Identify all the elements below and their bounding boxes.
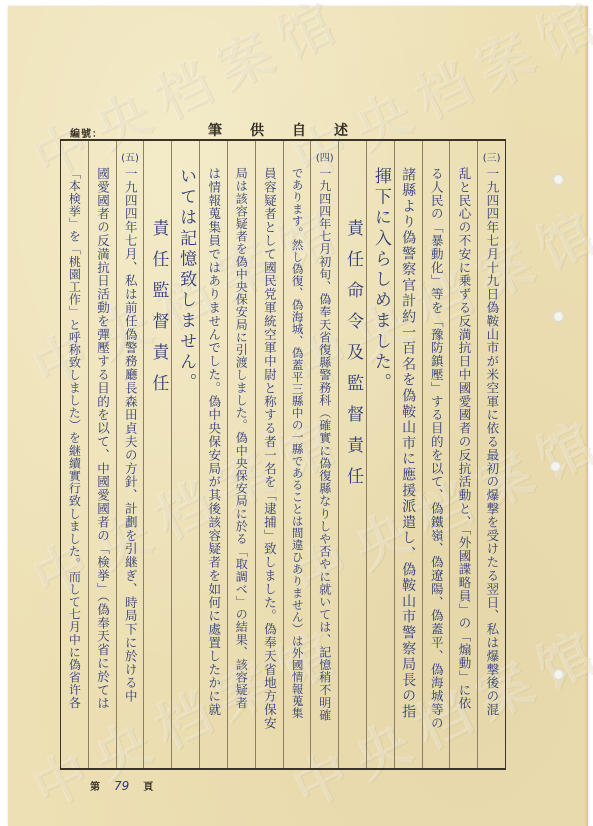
punch-hole	[553, 669, 564, 680]
section-number: (四)	[316, 149, 334, 164]
text-column: (三)一九四四年七月十九日偽鞍山市が米空軍に依る最初の爆撃を受けたる翌日、私は爆…	[477, 141, 505, 768]
handwritten-line: 國愛國者の反満抗日活動を彈壓する目的を以て、中國愛國者の「検挙」（偽奉天省に於て…	[96, 167, 109, 710]
handwritten-line: 一九四四年七月十九日偽鞍山市が米空軍に依る最初の爆撃を受けたる翌日、私は爆撃後の…	[485, 167, 498, 716]
text-column: 責任命令及監督責任	[338, 141, 366, 768]
handwritten-line: 局は該容疑者を偽中央保安局に引渡しました。偽中央保安局に於る「取調べ」の結果、該…	[235, 167, 247, 709]
section-number: (五)	[121, 149, 139, 164]
title-char: 供	[250, 120, 264, 140]
handwritten-line: であります。然し偽復、偽海城、偽蓋平三縣中の一縣であることは間違ひありません）は…	[291, 167, 303, 719]
handwritten-line: 一九四四年七月、私は前任偽警務廳長森田貞夫の方針、計劃を引継ぎ、時局下に於ける中	[124, 167, 137, 703]
text-column: 責任監督責任	[143, 141, 171, 768]
text-column: る人民の「暴動化」等を「豫防鎮壓」する目的を以て、偽鐵嶺、偽遼陽、偽蓋平、偽海城…	[422, 141, 450, 768]
handwritten-line: 揮下に入らしめました。	[372, 167, 389, 394]
text-column: 國愛國者の反満抗日活動を彈壓する目的を以て、中國愛國者の「検挙」（偽奉天省に於て…	[88, 141, 116, 768]
punch-hole	[553, 174, 564, 185]
page-prefix: 第	[90, 778, 100, 793]
handwritten-line: 一九四四年七月初旬、偽奉天省復縣警務科（確實に偽復縣なりしや否やに就いては、記憶…	[319, 167, 331, 721]
responsibility-line: 責任監督責任	[149, 219, 166, 405]
handwritten-line: 員容疑者として國民党軍統空軍中尉と称する者一名を「逮捕」致しました。偽奉天省地方…	[263, 167, 276, 730]
handwritten-line: は情報蒐集員ではありませんでした。偽中央保安局が其後該容疑者を如何に處置したかに…	[207, 167, 220, 716]
text-column: 員容疑者として國民党軍統空軍中尉と称する者一名を「逮捕」致しました。偽奉天省地方…	[255, 141, 283, 768]
text-column: (四)一九四四年七月初旬、偽奉天省復縣警務科（確實に偽復縣なりしや否やに就いては…	[310, 141, 338, 768]
document-number-label: 編號：	[70, 125, 103, 140]
document-title: 筆 供 自 述	[208, 120, 348, 140]
text-column: 局は該容疑者を偽中央保安局に引渡しました。偽中央保安局に於る「取調べ」の結果、該…	[227, 141, 255, 768]
page-number: 79	[114, 779, 129, 793]
text-column: 乱と民心の不安に乗ずる反満抗日中國愛國者の反抗活動と、「外國諜略員」の「煽動」に…	[449, 141, 477, 768]
title-char: 筆	[208, 120, 222, 140]
responsibility-line: 責任命令及監督責任	[344, 219, 361, 498]
punch-hole	[553, 311, 564, 322]
text-column: であります。然し偽復、偽海城、偽蓋平三縣中の一縣であることは間違ひありません）は…	[283, 141, 311, 768]
handwritten-line: 「本検挙」を「桃園工作」と呼称致しました）を継續實行致しました。而して七月中に偽…	[68, 167, 80, 709]
manuscript-grid: (三)一九四四年七月十九日偽鞍山市が米空軍に依る最初の爆撃を受けたる翌日、私は爆…	[60, 139, 506, 770]
page-edge	[585, 6, 588, 826]
text-column: 揮下に入らしめました。	[366, 141, 394, 768]
handwritten-line: 諸縣より偽警察官計約一百名を偽鞍山市に應援派遣し、偽鞍山市警察局長の指	[401, 167, 415, 720]
title-char: 自	[292, 120, 306, 140]
handwritten-line: 乱と民心の不安に乗ずる反満抗日中國愛國者の反抗活動と、「外國諜略員」の「煽動」に…	[458, 167, 471, 710]
section-number: (三)	[483, 149, 501, 164]
text-column: いては記憶致しません。	[171, 141, 199, 768]
text-column: (五)一九四四年七月、私は前任偽警務廳長森田貞夫の方針、計劃を引継ぎ、時局下に於…	[116, 141, 144, 768]
title-char: 述	[334, 120, 348, 140]
text-column: 「本検挙」を「桃園工作」と呼称致しました）を継續實行致しました。而して七月中に偽…	[61, 141, 88, 768]
document-page: 中央档案馆 中央档案馆 中央档案馆 中央档案馆 中央档案馆 中央档案馆 中央档案…	[8, 6, 588, 826]
text-column: は情報蒐集員ではありませんでした。偽中央保安局が其後該容疑者を如何に處置したかに…	[199, 141, 227, 768]
punch-hole	[550, 461, 561, 472]
page-footer: 第 79 頁	[90, 778, 153, 793]
handwritten-line: いては記憶致しません。	[177, 167, 194, 394]
text-column: 諸縣より偽警察官計約一百名を偽鞍山市に應援派遣し、偽鞍山市警察局長の指	[394, 141, 422, 768]
handwritten-line: る人民の「暴動化」等を「豫防鎮壓」する目的を以て、偽鐵嶺、偽遼陽、偽蓋平、偽海城…	[430, 167, 443, 730]
page-suffix: 頁	[143, 778, 153, 793]
